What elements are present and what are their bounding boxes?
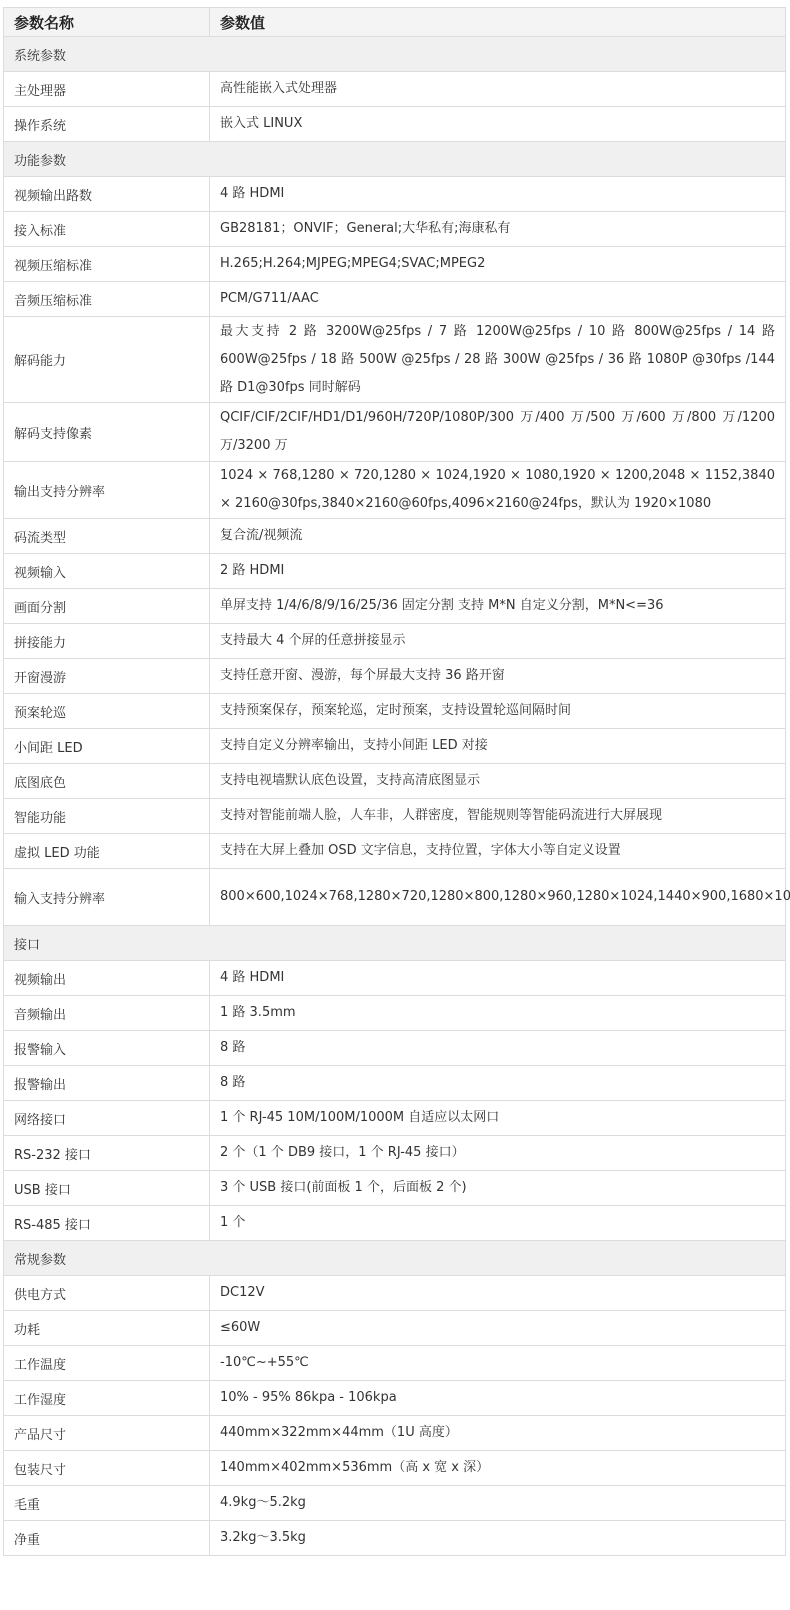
param-value: 最大支持 2 路 3200W@25fps / 7 路 1200W@25fps /… [210, 317, 786, 403]
param-value: 4 路 HDMI [210, 961, 786, 996]
section-title: 接口 [4, 926, 786, 961]
param-name: 产品尺寸 [4, 1416, 210, 1451]
table-row: 视频压缩标准H.265;H.264;MJPEG;MPEG4;SVAC;MPEG2 [4, 247, 786, 282]
section-header-row: 系统参数 [4, 37, 786, 72]
table-row: 工作湿度10% - 95% 86kpa - 106kpa [4, 1381, 786, 1416]
param-name: 视频输出路数 [4, 177, 210, 212]
param-name: 报警输入 [4, 1031, 210, 1066]
table-header: 参数名称 参数值 [4, 8, 786, 37]
param-value: 440mm×322mm×44mm（1U 高度） [210, 1416, 786, 1451]
param-value: 1 个 [210, 1206, 786, 1241]
param-name: 接入标准 [4, 212, 210, 247]
param-name: USB 接口 [4, 1171, 210, 1206]
param-name: 视频输出 [4, 961, 210, 996]
param-name: 智能功能 [4, 799, 210, 834]
param-value: 嵌入式 LINUX [210, 107, 786, 142]
param-name: 毛重 [4, 1486, 210, 1521]
param-value: 支持预案保存，预案轮巡，定时预案，支持设置轮巡间隔时间 [210, 694, 786, 729]
table-row: 智能功能支持对智能前端人脸，人车非，人群密度，智能规则等智能码流进行大屏展现 [4, 799, 786, 834]
param-name: 预案轮巡 [4, 694, 210, 729]
param-name: 输入支持分辨率 [4, 869, 210, 926]
param-name: 视频输入 [4, 554, 210, 589]
section-title: 常规参数 [4, 1241, 786, 1276]
param-name: 供电方式 [4, 1276, 210, 1311]
table-row: 音频输出1 路 3.5mm [4, 996, 786, 1031]
param-value: 支持对智能前端人脸，人车非，人群密度，智能规则等智能码流进行大屏展现 [210, 799, 786, 834]
param-name: 工作温度 [4, 1346, 210, 1381]
table-row: 毛重4.9kg～5.2kg [4, 1486, 786, 1521]
header-param-name: 参数名称 [4, 8, 210, 37]
param-value: 支持在大屏上叠加 OSD 文字信息，支持位置，字体大小等自定义设置 [210, 834, 786, 869]
param-name: 画面分割 [4, 589, 210, 624]
param-value: GB28181；ONVIF；General;大华私有;海康私有 [210, 212, 786, 247]
param-value: 复合流/视频流 [210, 519, 786, 554]
table-row: RS-232 接口2 个（1 个 DB9 接口，1 个 RJ-45 接口） [4, 1136, 786, 1171]
param-name: 包装尺寸 [4, 1451, 210, 1486]
param-value: 支持自定义分辨率输出，支持小间距 LED 对接 [210, 729, 786, 764]
table-row: 报警输入8 路 [4, 1031, 786, 1066]
param-name: 虚拟 LED 功能 [4, 834, 210, 869]
param-name: 解码能力 [4, 317, 210, 403]
param-value: 2 个（1 个 DB9 接口，1 个 RJ-45 接口） [210, 1136, 786, 1171]
param-name: 网络接口 [4, 1101, 210, 1136]
table-row: 功耗≤60W [4, 1311, 786, 1346]
param-value: 支持任意开窗、漫游，每个屏最大支持 36 路开窗 [210, 659, 786, 694]
table-row: 预案轮巡支持预案保存，预案轮巡，定时预案，支持设置轮巡间隔时间 [4, 694, 786, 729]
param-value: 10% - 95% 86kpa - 106kpa [210, 1381, 786, 1416]
param-name: 底图底色 [4, 764, 210, 799]
header-param-value: 参数值 [210, 8, 786, 37]
param-name: 音频输出 [4, 996, 210, 1031]
table-row: 视频输入2 路 HDMI [4, 554, 786, 589]
param-value: 4 路 HDMI [210, 177, 786, 212]
section-header-row: 常规参数 [4, 1241, 786, 1276]
param-value: 1 路 3.5mm [210, 996, 786, 1031]
param-value: ≤60W [210, 1311, 786, 1346]
param-name: 小间距 LED [4, 729, 210, 764]
section-title: 系统参数 [4, 37, 786, 72]
table-row: 开窗漫游支持任意开窗、漫游，每个屏最大支持 36 路开窗 [4, 659, 786, 694]
table-row: 虚拟 LED 功能支持在大屏上叠加 OSD 文字信息，支持位置，字体大小等自定义… [4, 834, 786, 869]
param-value: 3 个 USB 接口(前面板 1 个，后面板 2 个) [210, 1171, 786, 1206]
table-row: 底图底色支持电视墙默认底色设置，支持高清底图显示 [4, 764, 786, 799]
param-name: 视频压缩标准 [4, 247, 210, 282]
param-name: RS-485 接口 [4, 1206, 210, 1241]
param-name: 音频压缩标准 [4, 282, 210, 317]
param-name: RS-232 接口 [4, 1136, 210, 1171]
section-header-row: 功能参数 [4, 142, 786, 177]
table-row: 拼接能力支持最大 4 个屏的任意拼接显示 [4, 624, 786, 659]
table-row: 供电方式DC12V [4, 1276, 786, 1311]
param-value: 支持电视墙默认底色设置，支持高清底图显示 [210, 764, 786, 799]
param-value: 140mm×402mm×536mm（高 x 宽 x 深） [210, 1451, 786, 1486]
param-value: 高性能嵌入式处理器 [210, 72, 786, 107]
table-row: 小间距 LED支持自定义分辨率输出，支持小间距 LED 对接 [4, 729, 786, 764]
table-row: RS-485 接口1 个 [4, 1206, 786, 1241]
table-row: 解码能力最大支持 2 路 3200W@25fps / 7 路 1200W@25f… [4, 317, 786, 403]
param-value: 2 路 HDMI [210, 554, 786, 589]
param-value: 1024 × 768,1280 × 720,1280 × 1024,1920 ×… [210, 462, 786, 519]
table-row: USB 接口3 个 USB 接口(前面板 1 个，后面板 2 个) [4, 1171, 786, 1206]
param-value: 1 个 RJ-45 10M/100M/1000M 自适应以太网口 [210, 1101, 786, 1136]
table-row: 画面分割单屏支持 1/4/6/8/9/16/25/36 固定分割 支持 M*N … [4, 589, 786, 624]
table-row: 视频输出4 路 HDMI [4, 961, 786, 996]
param-name: 净重 [4, 1521, 210, 1556]
param-value: 800×600,1024×768,1280×720,1280×800,1280×… [210, 869, 786, 926]
table-row: 音频压缩标准PCM/G711/AAC [4, 282, 786, 317]
table-row: 工作温度-10℃~+55℃ [4, 1346, 786, 1381]
table-row: 净重3.2kg～3.5kg [4, 1521, 786, 1556]
spec-table: 参数名称 参数值 系统参数主处理器高性能嵌入式处理器操作系统嵌入式 LINUX功… [3, 7, 786, 1556]
table-row: 包装尺寸140mm×402mm×536mm（高 x 宽 x 深） [4, 1451, 786, 1486]
table-row: 码流类型复合流/视频流 [4, 519, 786, 554]
param-value: -10℃~+55℃ [210, 1346, 786, 1381]
table-row: 输入支持分辨率800×600,1024×768,1280×720,1280×80… [4, 869, 786, 926]
table-row: 主处理器高性能嵌入式处理器 [4, 72, 786, 107]
param-name: 输出支持分辨率 [4, 462, 210, 519]
param-value: 3.2kg～3.5kg [210, 1521, 786, 1556]
table-row: 输出支持分辨率1024 × 768,1280 × 720,1280 × 1024… [4, 462, 786, 519]
table-row: 接入标准GB28181；ONVIF；General;大华私有;海康私有 [4, 212, 786, 247]
param-value: 4.9kg～5.2kg [210, 1486, 786, 1521]
section-title: 功能参数 [4, 142, 786, 177]
section-header-row: 接口 [4, 926, 786, 961]
param-value: PCM/G711/AAC [210, 282, 786, 317]
table-row: 产品尺寸440mm×322mm×44mm（1U 高度） [4, 1416, 786, 1451]
param-value: DC12V [210, 1276, 786, 1311]
param-name: 工作湿度 [4, 1381, 210, 1416]
table-body: 系统参数主处理器高性能嵌入式处理器操作系统嵌入式 LINUX功能参数视频输出路数… [4, 37, 786, 1556]
table-row: 网络接口1 个 RJ-45 10M/100M/1000M 自适应以太网口 [4, 1101, 786, 1136]
param-value: 8 路 [210, 1066, 786, 1101]
param-value: 支持最大 4 个屏的任意拼接显示 [210, 624, 786, 659]
param-name: 功耗 [4, 1311, 210, 1346]
table-row: 操作系统嵌入式 LINUX [4, 107, 786, 142]
table-row: 报警输出8 路 [4, 1066, 786, 1101]
table-row: 解码支持像素QCIF/CIF/2CIF/HD1/D1/960H/720P/108… [4, 403, 786, 462]
param-value: 单屏支持 1/4/6/8/9/16/25/36 固定分割 支持 M*N 自定义分… [210, 589, 786, 624]
param-name: 操作系统 [4, 107, 210, 142]
param-name: 开窗漫游 [4, 659, 210, 694]
param-name: 报警输出 [4, 1066, 210, 1101]
param-name: 解码支持像素 [4, 403, 210, 462]
table-row: 视频输出路数4 路 HDMI [4, 177, 786, 212]
param-value: H.265;H.264;MJPEG;MPEG4;SVAC;MPEG2 [210, 247, 786, 282]
param-value: 8 路 [210, 1031, 786, 1066]
param-name: 码流类型 [4, 519, 210, 554]
param-name: 拼接能力 [4, 624, 210, 659]
param-value: QCIF/CIF/2CIF/HD1/D1/960H/720P/1080P/300… [210, 403, 786, 462]
param-name: 主处理器 [4, 72, 210, 107]
